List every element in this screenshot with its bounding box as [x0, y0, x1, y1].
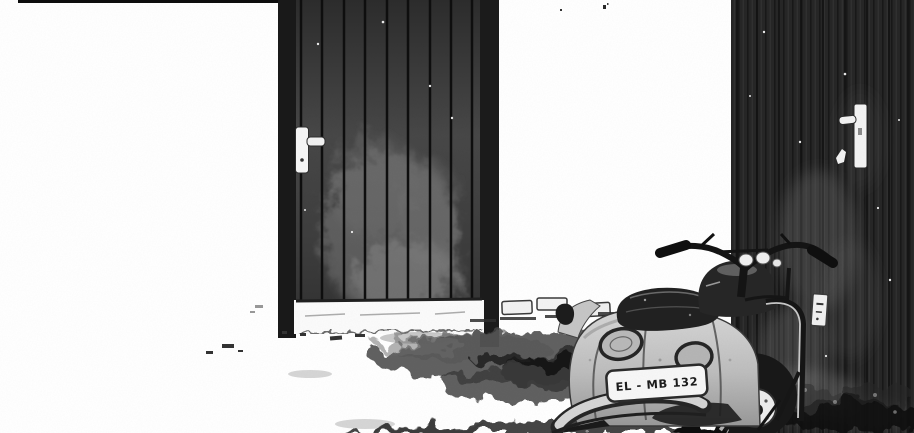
film-grain-overlay: [0, 0, 914, 433]
photo-canvas: EL - MB 132: [0, 0, 914, 433]
photograph: Black-and-white photograph of a vintage …: [0, 0, 914, 433]
